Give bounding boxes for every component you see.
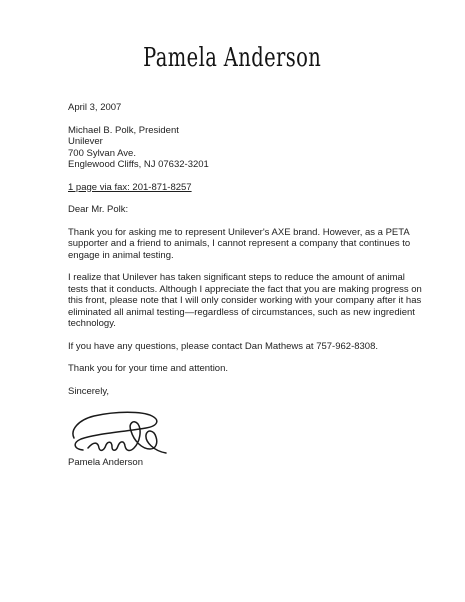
address-line: Englewood Cliffs, NJ 07632-3201 bbox=[68, 159, 424, 171]
salutation: Dear Mr. Polk: bbox=[68, 204, 424, 216]
fax-line: 1 page via fax: 201-871-8257 bbox=[68, 182, 424, 194]
address-line: Unilever bbox=[68, 136, 424, 148]
body-paragraph: I realize that Unilever has taken signif… bbox=[68, 272, 424, 330]
signature-scrawl-icon bbox=[68, 408, 424, 454]
letter-page: Pamela Anderson April 3, 2007 Michael B.… bbox=[0, 0, 465, 602]
body-paragraph: Thank you for asking me to represent Uni… bbox=[68, 227, 424, 262]
closing-thanks: Thank you for your time and attention. bbox=[68, 363, 424, 375]
recipient-address: Michael B. Polk, President Unilever 700 … bbox=[68, 125, 424, 171]
date-line: April 3, 2007 bbox=[68, 102, 424, 114]
letter-body: April 3, 2007 Michael B. Polk, President… bbox=[68, 102, 424, 469]
sign-off: Sincerely, bbox=[68, 386, 424, 398]
body-paragraph: If you have any questions, please contac… bbox=[68, 341, 424, 353]
address-line: Michael B. Polk, President bbox=[68, 125, 424, 137]
address-line: 700 Sylvan Ave. bbox=[68, 148, 424, 160]
letterhead-name: Pamela Anderson bbox=[143, 42, 321, 72]
letterhead: Pamela Anderson bbox=[0, 0, 465, 71]
typed-name: Pamela Anderson bbox=[68, 457, 424, 469]
